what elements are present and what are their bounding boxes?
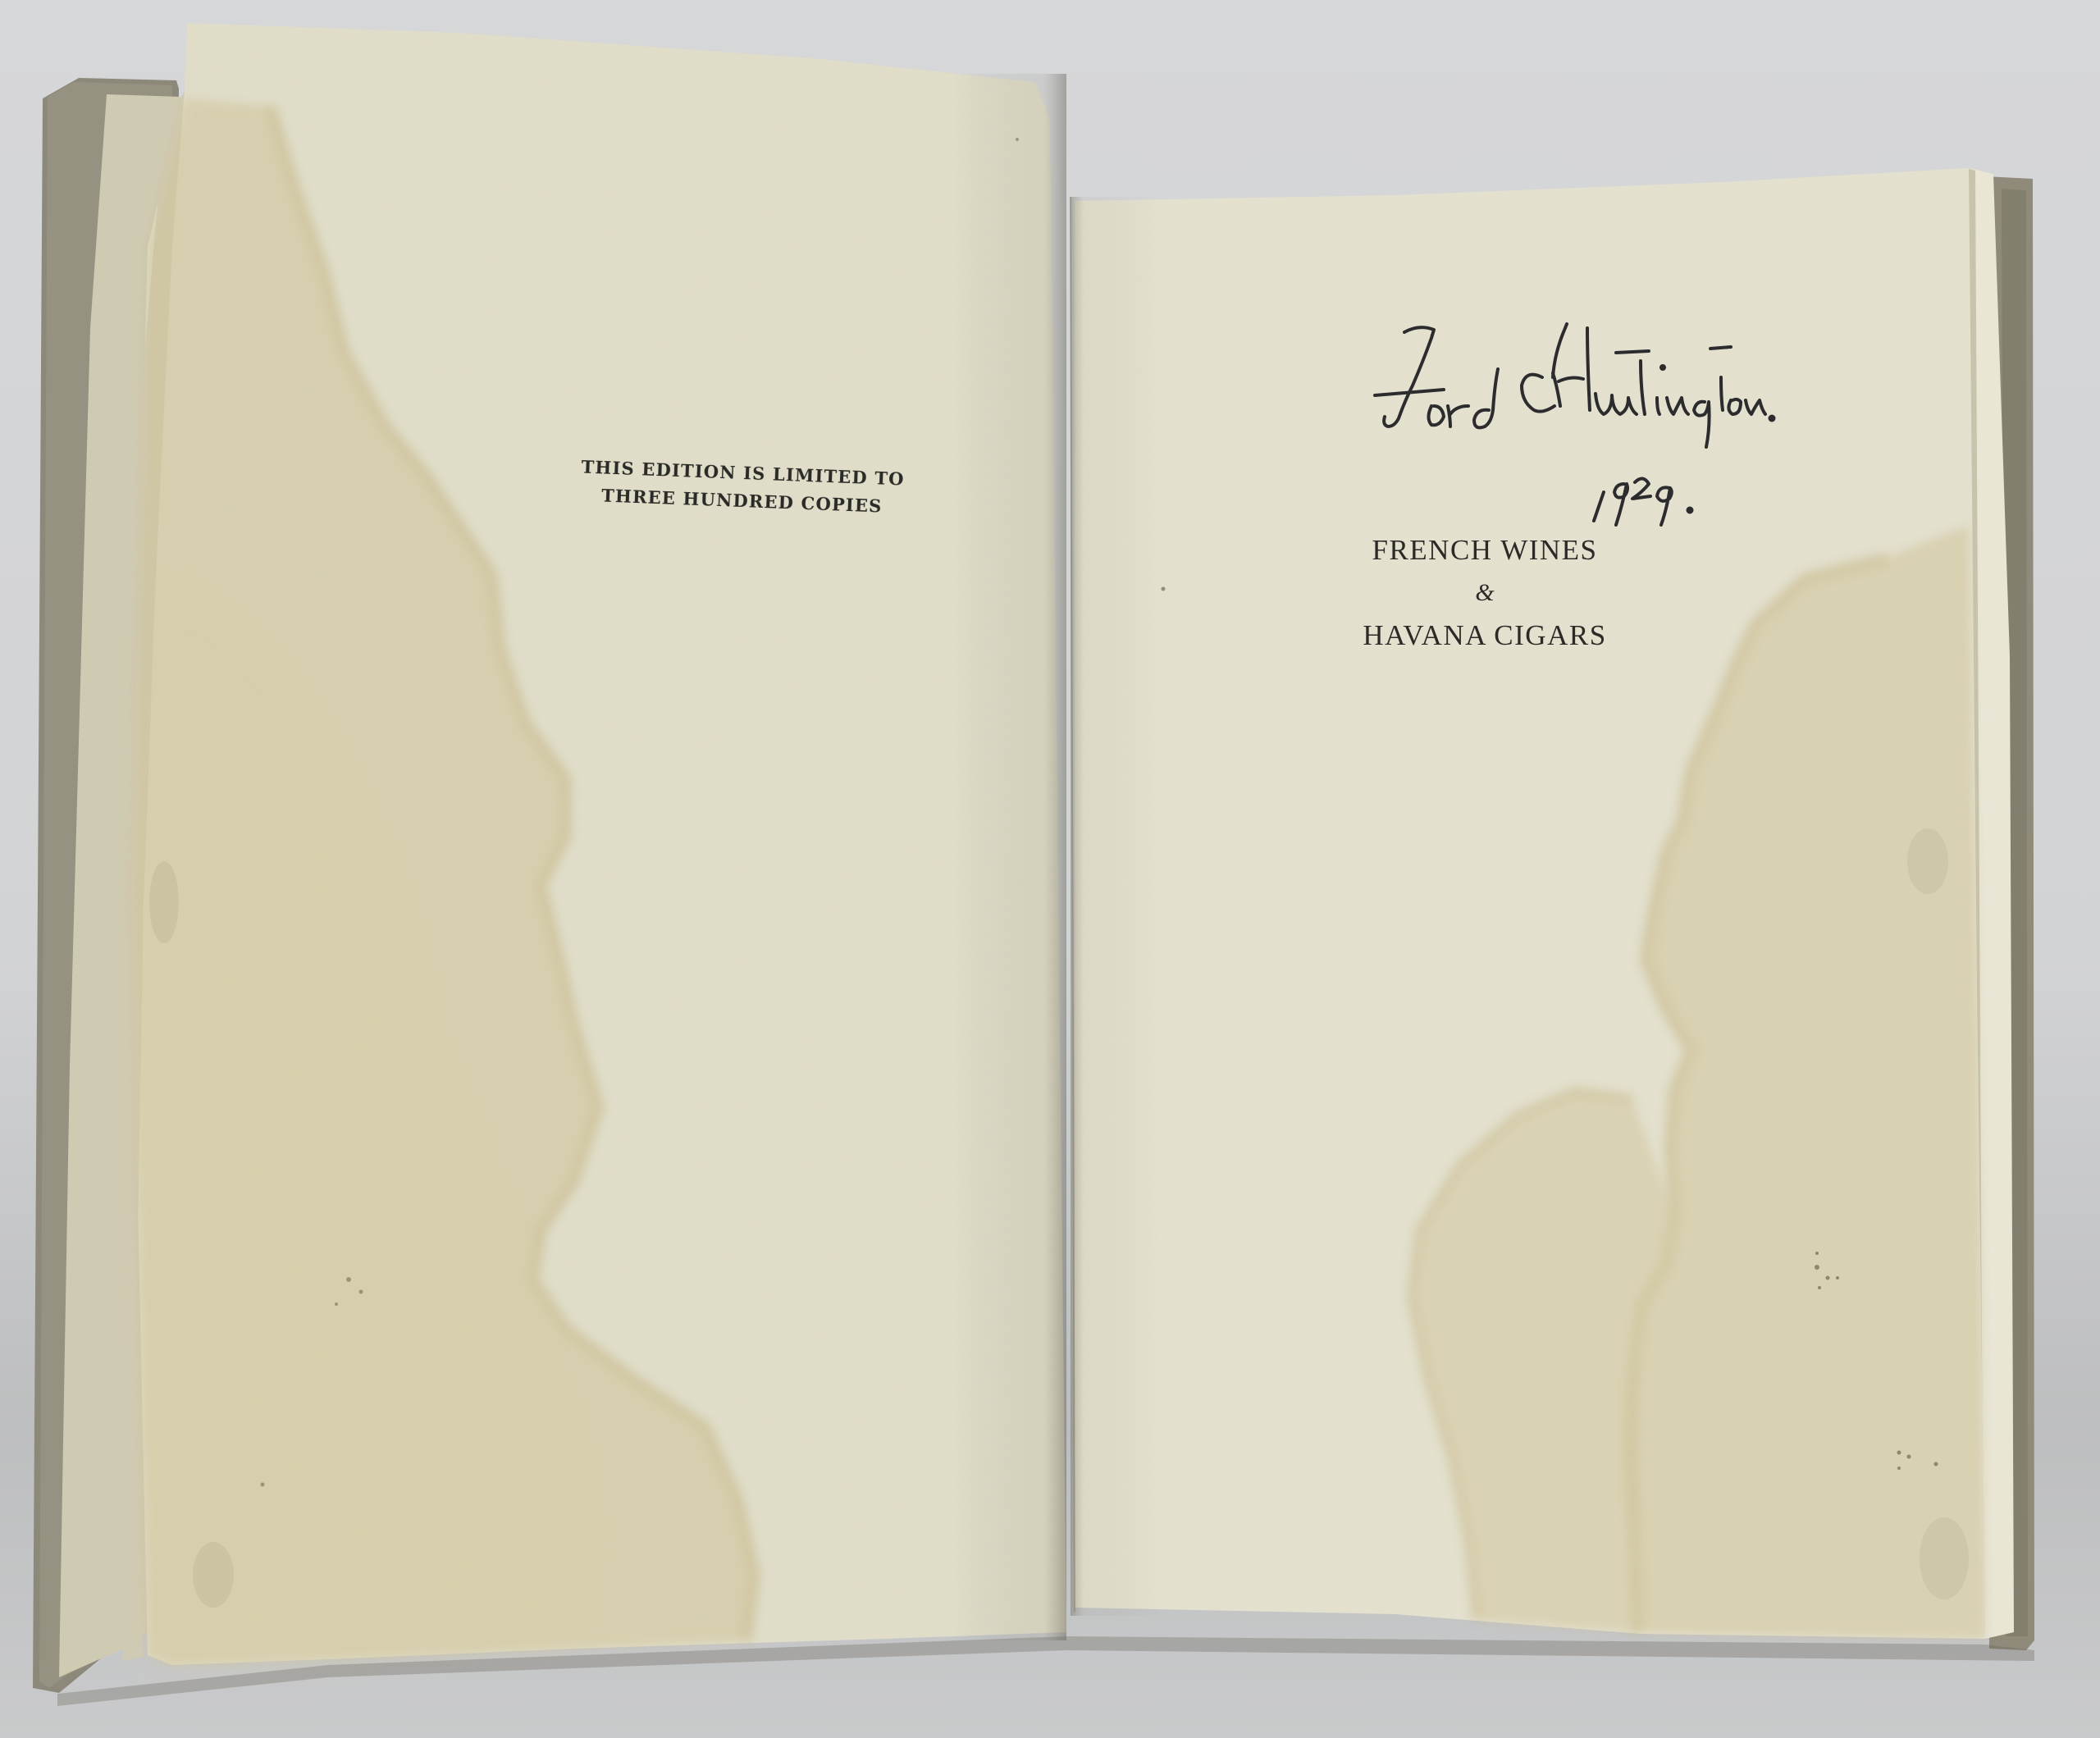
inscription-name: Ford Huntington.: [1362, 295, 1363, 296]
half-title-line-1: FRENCH WINES: [1312, 533, 1657, 568]
half-title: FRENCH WINES & HAVANA CIGARS: [1312, 533, 1657, 653]
half-title-line-2: HAVANA CIGARS: [1312, 618, 1657, 653]
book-photo: [0, 0, 2100, 1738]
half-title-ampersand: &: [1312, 568, 1657, 618]
handwritten-inscription: Ford Huntington. 1929.: [1362, 295, 1952, 541]
